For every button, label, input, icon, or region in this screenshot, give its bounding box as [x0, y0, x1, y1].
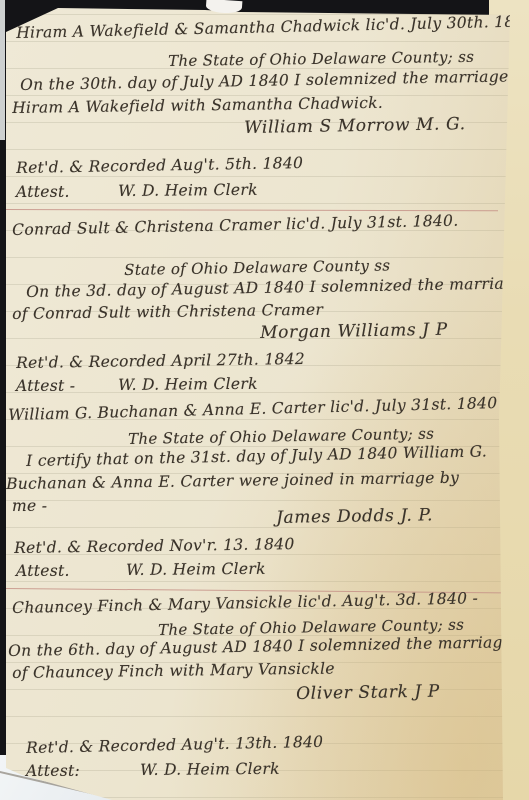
entry-2-body-line-1: On the 3d. day of August AD 1840 I solem…: [26, 274, 524, 301]
entry-3-clerk-signature: W. D. Heim Clerk: [126, 560, 266, 579]
entry-4-officiant-signature: Oliver Stark J P: [296, 681, 440, 704]
entry-4-clerk-signature: W. D. Heim Clerk: [140, 760, 280, 779]
entry-2-body-line-2: of Conrad Sult with Christena Cramer: [12, 301, 323, 323]
entry-4-body-line-2: of Chauncey Finch with Mary Vansickle: [12, 659, 335, 682]
entry-2-attest-label: Attest -: [16, 377, 75, 395]
entry-1-jurisdiction: The State of Ohio Delaware County; ss: [168, 48, 474, 70]
entry-3-officiant-signature: James Dodds J. P.: [276, 505, 433, 528]
entry-1-attest-label: Attest.: [16, 183, 70, 201]
entry-4-attest-label: Attest:: [26, 762, 80, 780]
entry-4-heading: Chauncey Finch & Mary Vansickle lic'd. A…: [12, 589, 478, 617]
record-page: Hiram A Wakefield & Samantha Chadwick li…: [0, 0, 529, 800]
entry-1-body-line-1: On the 30th. day of July AD 1840 I solem…: [20, 67, 529, 94]
entry-2-clerk-signature: W. D. Heim Clerk: [118, 375, 258, 394]
entry-1-officiant-signature: William S Morrow M. G.: [244, 114, 466, 138]
adjacent-page-edge: [0, 0, 5, 140]
entry-1-returned-recorded: Ret'd. & Recorded Aug't. 5th. 1840: [16, 154, 303, 177]
entry-3-body-line-1: I certify that on the 31st. day of July …: [26, 442, 487, 470]
entry-3-body-line-2: Buchanan & Anna E. Carter were joined in…: [6, 469, 459, 493]
entry-4-body-line-1: On the 6th. day of August AD 1840 I sole…: [8, 633, 512, 660]
entry-1-heading: Hiram A Wakefield & Samantha Chadwick li…: [16, 12, 529, 42]
entry-4-returned-recorded: Ret'd. & Recorded Aug't. 13th. 1840: [26, 733, 324, 757]
scanned-document: Hiram A Wakefield & Samantha Chadwick li…: [0, 0, 529, 800]
entry-2-officiant-signature: Morgan Williams J P: [260, 320, 448, 343]
entry-2-heading: Conrad Sult & Christena Cramer lic'd. Ju…: [12, 212, 459, 239]
entry-3-body-line-3: me -: [12, 497, 47, 515]
entry-1-clerk-signature: W. D. Heim Clerk: [118, 181, 258, 200]
entry-1-body-line-2: Hiram A Wakefield with Samantha Chadwick…: [12, 94, 383, 117]
entry-2-jurisdiction: State of Ohio Delaware County ss: [124, 256, 390, 279]
red-rule-1: [6, 209, 498, 211]
entry-3-heading: William G. Buchanan & Anna E. Carter lic…: [8, 394, 508, 424]
entry-3-returned-recorded: Ret'd. & Recorded Nov'r. 13. 1840: [14, 535, 295, 557]
entry-3-attest-label: Attest.: [16, 562, 70, 580]
entry-2-returned-recorded: Ret'd. & Recorded April 27th. 1842: [16, 350, 305, 372]
